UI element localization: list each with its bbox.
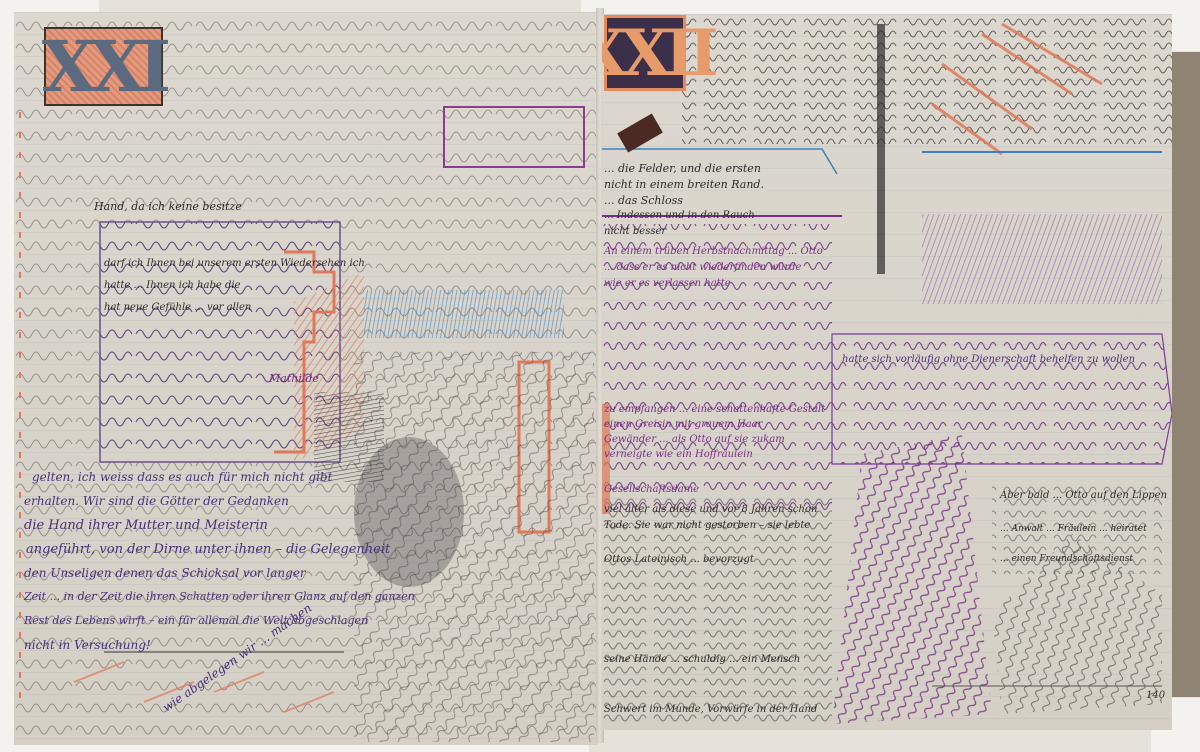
handwritten-line: ... einen Freundschaftsdienst <box>1000 554 1133 564</box>
handwritten-line: Tode. Sie war nicht gestorben – sie lebt… <box>604 520 810 531</box>
handwritten-line: darf ich Ihnen bei unserem ersten Wieder… <box>104 258 365 269</box>
handwritten-line: Ottos Lateinisch ... bevorzugt <box>604 554 754 565</box>
handwritten-line: Hand, da ich keine besitze <box>94 200 242 213</box>
page-number: 140 <box>1146 690 1165 701</box>
handwritten-line: gelten, ich weiss dass es auch für mich … <box>32 470 332 484</box>
handwritten-line: Gesellschaftsdame <box>604 484 699 495</box>
underlying-sheet-bottom <box>590 728 1150 752</box>
handwritten-line: Rest des Lebens wirft – ein für allemal … <box>24 614 368 627</box>
handwritten-line: nicht in einem breiten Rand. <box>604 178 764 191</box>
handwritten-line: erhalten. Wir sind die Götter der Gedank… <box>24 494 289 508</box>
handwritten-line: hatte ... Ihnen ich habe die <box>104 280 240 291</box>
handwritten-line: wie er es verlassen hatte <box>604 278 731 289</box>
handwritten-line: ... die Felder, und die ersten <box>604 162 761 175</box>
right-page: XXII ... die Felder, und die ersten nich… <box>602 14 1172 730</box>
handwritten-line: einen Greisin mit grauem Haar <box>604 419 762 430</box>
underlying-sheet-top <box>100 0 580 12</box>
handwritten-line: den Unseligen denen das Schicksal vor la… <box>24 566 306 580</box>
handwritten-line: hatte sich vorläufig ohne Dienerschaft b… <box>842 354 1135 365</box>
handwritten-line: verneigte wie ein Hoffräulein <box>604 449 753 460</box>
handwritten-line: Gewänder ... als Otto auf sie zukam <box>604 434 785 445</box>
margin-note: Mathilde <box>269 372 319 385</box>
handwritten-line: Schwert im Munde, Vorwürfe in der Hand <box>604 704 817 715</box>
handwritten-line: nicht besser <box>604 226 666 237</box>
handwritten-line: ... Anwalt ... Fräulein ... heiratet <box>1000 524 1147 534</box>
handwritten-line: Aber bald ... Otto auf den Lippen <box>1000 490 1167 501</box>
handwritten-line: seine Hände ... schuldig ... ein Mensch <box>604 654 800 665</box>
left-page: XXI Hand, da ich keine besitze darf ich … <box>14 12 598 745</box>
handwritten-line: ... Indessen und in den Rauch <box>604 210 755 221</box>
handwritten-line: viel älter als diese und vor 8 Jahren sc… <box>604 504 817 515</box>
handwritten-line: nicht in Versuchung! <box>24 638 151 652</box>
handwritten-line: die Hand ihrer Mutter und Meisterin <box>24 518 268 533</box>
handwritten-line: ... dass er es nicht wiederfinden würde <box>604 262 801 273</box>
handwritten-line: angeführt, von der Dirne unter ihnen – d… <box>26 542 390 557</box>
right-page-drawing <box>602 14 1172 730</box>
chapter-numeral-xxi: XXI <box>44 27 163 106</box>
handwritten-line: An einem trüben Herbstnachmittag ... Ott… <box>604 246 823 257</box>
handwritten-line: Zeit ... in der Zeit die ihren Schatten … <box>24 590 415 603</box>
handwritten-line: ... das Schloss <box>604 194 683 207</box>
handwritten-line: zu empfangen ... eine schattenhafte Gest… <box>604 404 825 415</box>
chapter-numeral-xxii: XXII <box>604 15 686 91</box>
handwritten-line: hat neue Gefühle ... vor allen <box>104 302 251 313</box>
